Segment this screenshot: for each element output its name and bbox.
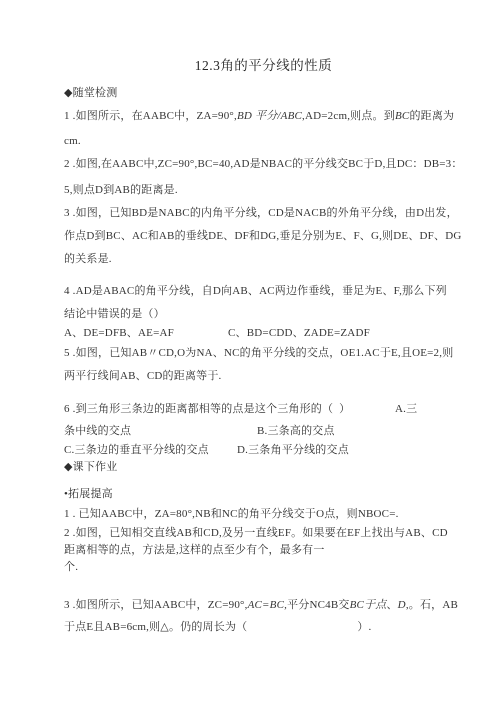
- question-3-line-1: 3 .如图，已知BD是NABC的内角平分线，CD是NACB的外角平分线，由D出发…: [64, 206, 458, 220]
- ext3-text-mid1: 平分NC4B交: [287, 599, 350, 611]
- question-5-line-2: 两平行线间AB、CD的距离等于.: [64, 369, 222, 383]
- q1-text-start: 1 .如图所示，在AABC中，ZA=90°,: [64, 110, 237, 122]
- ext3-italic-acbc: AC=BC,: [248, 599, 288, 611]
- question-4-option-ab: A、DE=DFB、AE=AF: [64, 326, 174, 340]
- q1-text-end: 的距离为: [409, 110, 454, 122]
- section-header-quiz: ◆随堂检测: [64, 86, 117, 100]
- ext3-text-start: 3 .如图所示，已知AABC中，ZC=90°,: [64, 599, 248, 611]
- section-header-homework: ◆课下作业: [64, 460, 117, 474]
- ext3-line2-post: ）.: [357, 621, 371, 633]
- page-title: 12.3角的平分线的性质: [0, 59, 500, 73]
- question-4-line-2: 结论中错误的是（）: [64, 307, 165, 321]
- q1-italic-bc: BC: [395, 110, 409, 122]
- ext3-text-end: ,。石，AB: [406, 599, 458, 611]
- extension-2-line-1: 2 .如图，已知相交直线AB和CD,及另一直线EF。如果要在EF上找出与AB、C…: [64, 526, 448, 540]
- question-6-option-d: D.三条角平分线的交点: [237, 443, 349, 457]
- ext3-text-mid2: 、: [386, 599, 397, 611]
- q1-italic-bd: BD 平分/ABC: [237, 110, 302, 122]
- ext3-italic-bc: BC于点: [350, 599, 387, 611]
- question-6-line-2: 条中线的交点: [64, 424, 131, 438]
- ext3-line2-pre: 于点E且AB=6cm,则△。仍的周长为（: [64, 621, 247, 633]
- extension-2-line-2: 距离相等的点，方法是,这样的点至少有个，最多有一: [64, 543, 325, 557]
- question-6-option-b: B.三条高的交点: [257, 424, 335, 438]
- q1-text-mid: ,AD=2cm,则点。到: [302, 110, 395, 122]
- question-4-line-1: 4 .AD是ABAC的角平分线，自D向AB、AC两边作垂线，垂足为E、F,那么下…: [64, 284, 447, 298]
- question-2-line-1: 2 .如图,在AABC中,ZC=90°,BC=40,AD是NBAC的平分线交BC…: [64, 157, 463, 171]
- question-4-option-cd: C、BD=CDD、ZADE=ZADF: [228, 326, 370, 340]
- question-6-line-1: 6 .到三角形三条边的距离都相等的点是这个三角形的（ ）: [64, 402, 350, 416]
- question-3-line-2: 作点D到BC、AC和AB的垂线DE、DF和DG,垂足分别为E、F、G,则DE、D…: [64, 229, 461, 243]
- question-1-line-2: cm.: [64, 134, 81, 148]
- question-5-line-1: 5 .如图，已知AB〃CD,O为NA、NC的角平分线的交点，OE1.AC于E,且…: [64, 346, 453, 360]
- ext3-italic-d: D: [398, 599, 406, 611]
- question-3-line-3: 的关系是.: [64, 252, 112, 266]
- extension-2-line-3: 个.: [64, 560, 78, 574]
- extension-3-line-1: 3 .如图所示，已知AABC中，ZC=90°,AC=BC,平分NC4B交BC于点…: [64, 598, 458, 612]
- question-1-line-1: 1 .如图所示，在AABC中，ZA=90°,BD 平分/ABC,AD=2cm,则…: [64, 109, 454, 123]
- question-6-option-c: C.三条边的垂直平分线的交点: [64, 443, 209, 457]
- question-2-line-2: 5,则点D到AB的距离是.: [64, 183, 178, 197]
- extension-3-line-2: 于点E且AB=6cm,则△。仍的周长为（）.: [64, 620, 372, 634]
- question-6-option-a: A.三: [395, 402, 417, 416]
- extension-1-line-1: 1 . 已知AABC中，ZA=80°,NB和NC的角平分线交于O点，则NBOC=…: [64, 507, 399, 521]
- worksheet-page: 12.3角的平分线的性质 ◆随堂检测 1 .如图所示，在AABC中，ZA=90°…: [0, 0, 500, 707]
- section-header-extension: •拓展提高: [64, 487, 113, 501]
